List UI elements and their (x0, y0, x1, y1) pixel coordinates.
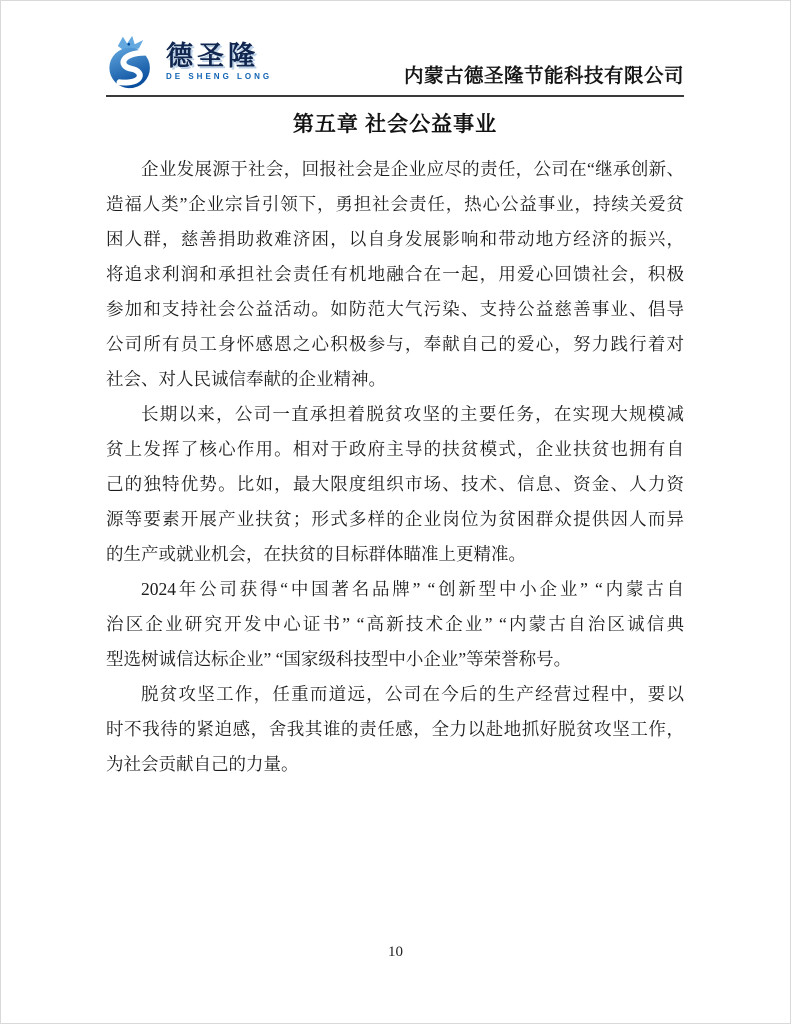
paragraph-3-line: 型选树诚信达标企业” “国家级科技型中小企业”等荣誉称号。 (106, 642, 684, 677)
paragraph-2-line: 己的独特优势。比如，最大限度组织市场、技术、信息、资金、人力资 (106, 467, 684, 502)
paragraph-1-line: 将追求利润和承担社会责任有机地融合在一起，用爱心回馈社会，积极 (106, 257, 684, 292)
company-logo: 德圣隆 DE SHENG LONG (106, 34, 272, 90)
paragraph-3-line: 2024年公司获得“中国著名品牌” “创新型中小企业” “内蒙古自 (106, 572, 684, 607)
paragraph-2-line: 的生产或就业机会，在扶贫的目标群体瞄准上更精准。 (106, 537, 684, 572)
page-footer: 10 (1, 943, 790, 961)
paragraph-4-line: 时不我待的紧迫感，舍我其谁的责任感，全力以赴地抓好脱贫攻坚工作， (106, 712, 684, 747)
paragraph-4-line: 脱贫攻坚工作，任重而道远，公司在今后的生产经营过程中，要以 (106, 677, 684, 712)
logo-text-en: DE SHENG LONG (166, 73, 272, 81)
document-page: 德圣隆 DE SHENG LONG 内蒙古德圣隆节能科技有限公司 第五章 社会公… (0, 0, 791, 1024)
paragraph-1-line: 社会、对人民诚信奉献的企业精神。 (106, 362, 684, 397)
paragraph-2-line: 长期以来，公司一直承担着脱贫攻坚的主要任务，在实现大规模减 (106, 397, 684, 432)
paragraph-1-line: 困人群，慈善捐助救难济困，以自身发展影响和带动地方经济的振兴， (106, 222, 684, 257)
paragraph-1-line: 造福人类”企业宗旨引领下，勇担社会责任，热心公益事业，持续关爱贫 (106, 187, 684, 222)
paragraph-4-line: 为社会贡献自己的力量。 (106, 747, 684, 782)
page-number: 10 (388, 944, 403, 960)
paragraph-1-line: 企业发展源于社会，回报社会是企业应尽的责任，公司在“继承创新、 (106, 152, 684, 187)
paragraph-1-line: 公司所有员工身怀感恩之心积极参与，奉献自己的爱心，努力践行着对 (106, 327, 684, 362)
page-header: 德圣隆 DE SHENG LONG 内蒙古德圣隆节能科技有限公司 (106, 1, 684, 97)
paragraph-2-line: 贫上发挥了核心作用。相对于政府主导的扶贫模式，企业扶贫也拥有自 (106, 432, 684, 467)
chapter-title: 第五章 社会公益事业 (106, 108, 684, 138)
paragraph-3-line: 治区企业研究开发中心证书” “高新技术企业” “内蒙古自治区诚信典 (106, 607, 684, 642)
logo-text: 德圣隆 DE SHENG LONG (166, 43, 272, 81)
company-name: 内蒙古德圣隆节能科技有限公司 (404, 60, 684, 90)
paragraph-1-line: 参加和支持社会公益活动。如防范大气污染、支持公益慈善事业、倡导 (106, 292, 684, 327)
paragraph-2-line: 源等要素开展产业扶贫；形式多样的企业岗位为贫困群众提供因人而异 (106, 502, 684, 537)
dragon-sphere-icon (106, 34, 160, 90)
document-body: 企业发展源于社会，回报社会是企业应尽的责任，公司在“继承创新、造福人类”企业宗旨… (106, 152, 684, 782)
content-area: 德圣隆 DE SHENG LONG 内蒙古德圣隆节能科技有限公司 第五章 社会公… (1, 1, 790, 782)
logo-text-cn: 德圣隆 (166, 43, 272, 70)
